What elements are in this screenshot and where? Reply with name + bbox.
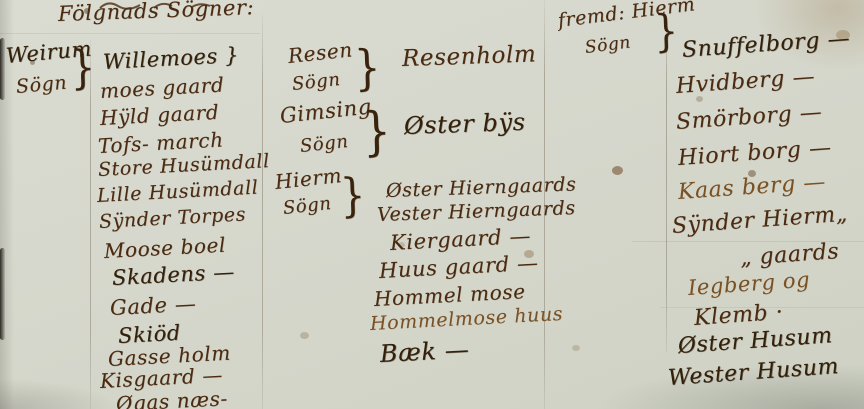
place-entry: Sÿnder Torpes xyxy=(98,203,246,233)
place-entry: Wester Husum xyxy=(667,354,840,391)
parish-hierm-brace: } xyxy=(339,172,365,219)
place-entry: Hvidberg — xyxy=(675,64,816,99)
parish-gimsing-sogn: Sögn xyxy=(299,131,350,157)
place-entry: Vester Hierngaards xyxy=(377,197,576,226)
parish-resen-brace: } xyxy=(353,44,381,93)
place-entry: Snuffelborg — xyxy=(681,26,851,63)
column-rule xyxy=(666,22,667,352)
place-entry: Lille Husümdall xyxy=(96,177,259,207)
place-entry: Hiort borg — xyxy=(677,135,832,171)
manuscript-page: Fölgnads Sögner: Weirum Sögn } Willemoes… xyxy=(0,0,864,409)
place-entry: Moose boel xyxy=(103,233,226,263)
parish-gimsing-brace: } xyxy=(362,106,392,159)
parish-hierm-sogn: Sögn xyxy=(282,193,333,219)
place-entry: Willemoes } xyxy=(102,43,239,74)
place-entry: „ gaards xyxy=(739,239,840,271)
parish-weirum-brace: } xyxy=(69,44,95,91)
place-entry: moes gaard xyxy=(99,73,225,103)
place-entry: Skadens — xyxy=(111,260,235,290)
place-entry: Sÿnder Hierm„ xyxy=(671,202,848,239)
column-rule xyxy=(262,14,263,409)
parish-gimsing-name: Gimsing xyxy=(279,94,373,127)
place-entry: Huus gaard — xyxy=(378,251,539,283)
paper-crease xyxy=(0,33,260,34)
place-entry: Gade — xyxy=(109,291,197,319)
place-entry: Klemb · xyxy=(693,300,784,331)
parish-resen-sogn: Sögn xyxy=(291,69,342,95)
place-entry: Hÿld gaard xyxy=(99,100,219,130)
ink-stain xyxy=(572,345,580,351)
binding-edge-mark xyxy=(0,248,5,340)
hierm-header-brace: } xyxy=(653,10,678,55)
hierm-header-sogn: Sögn xyxy=(584,32,632,57)
parish-hierm-name: Hierm xyxy=(274,163,343,194)
place-entry: Kaas berg — xyxy=(677,170,827,205)
place-entry: Resenholm xyxy=(402,41,537,72)
place-entry: Smörborg — xyxy=(675,100,823,135)
parish-resen-name: Resen xyxy=(287,37,354,68)
place-entry: Kiergaard — xyxy=(389,224,531,255)
place-entry: Øster bÿs xyxy=(404,108,526,140)
ink-stain xyxy=(300,332,309,339)
parish-weirum-sogn: Sögn xyxy=(15,72,68,98)
place-entry: Iegberg og xyxy=(687,267,811,299)
ink-stain xyxy=(612,166,623,175)
place-entry: Bæk — xyxy=(379,335,470,368)
page-heading: Fölgnads Sögner: xyxy=(58,0,255,26)
